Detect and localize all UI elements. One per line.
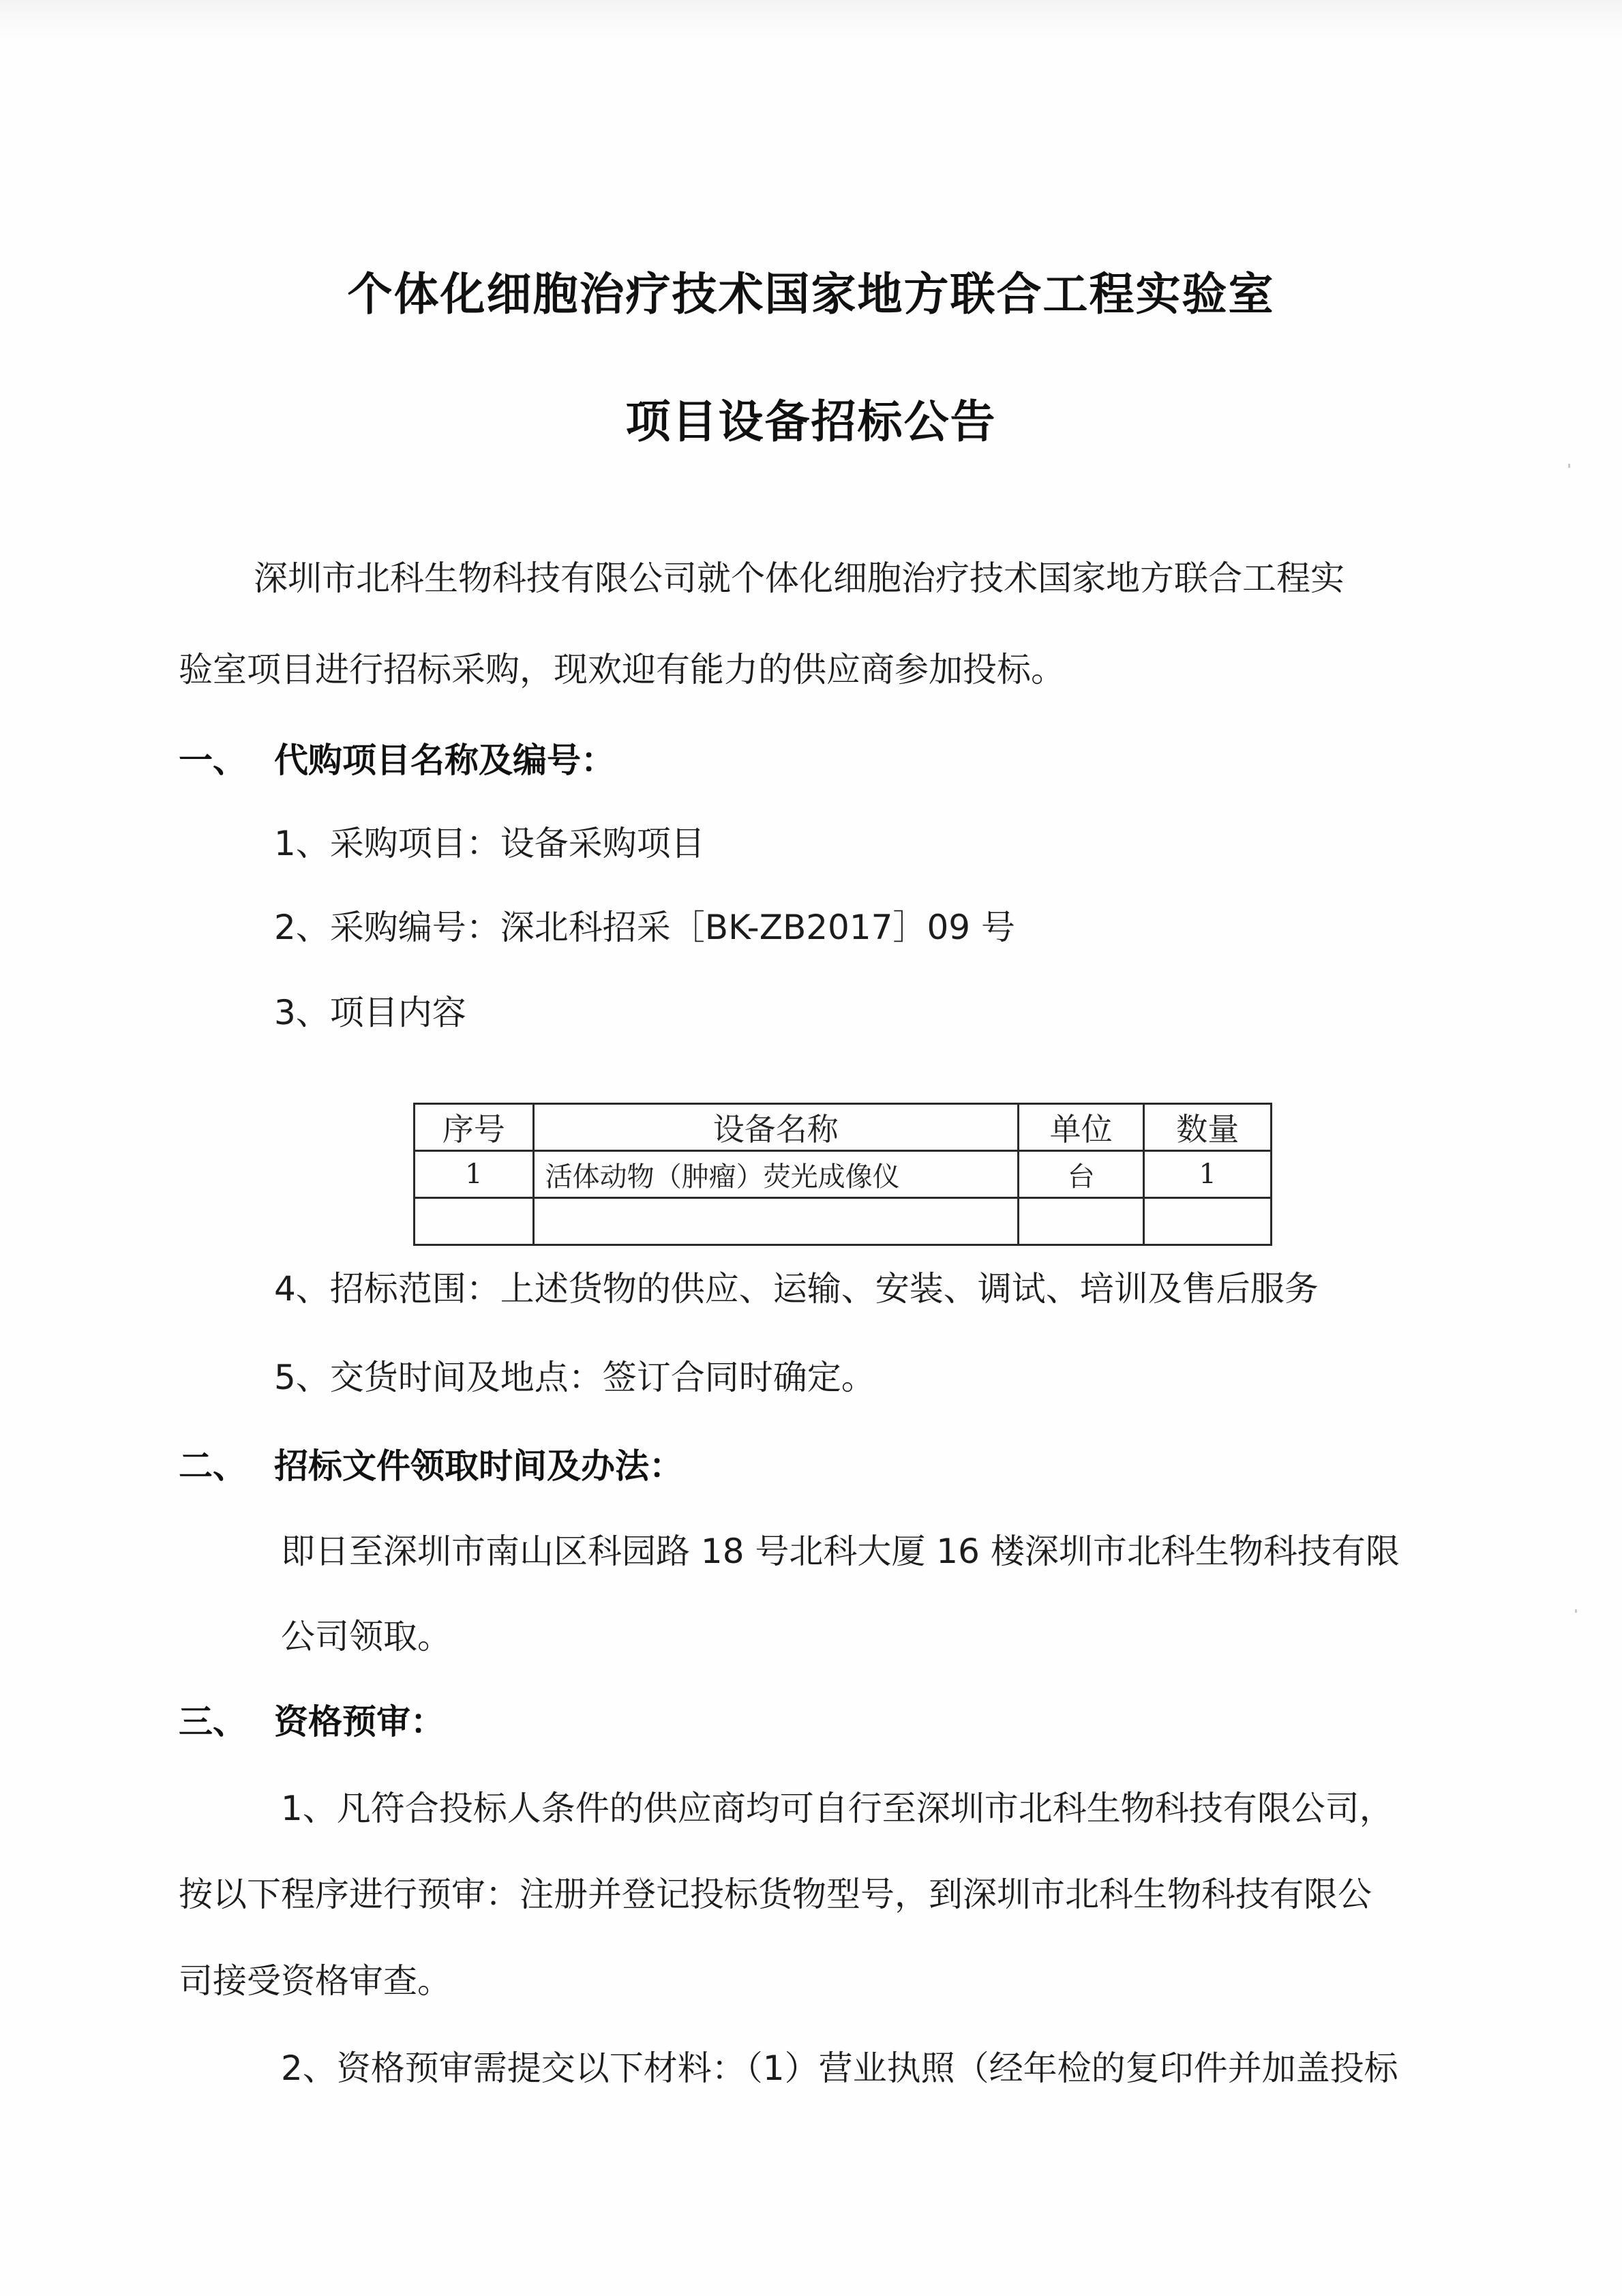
- section1-item2: 2、采购编号：深北科招采［BK-ZB2017］09 号: [274, 907, 1015, 948]
- intro-line1: 深圳市北科生物科技有限公司就个体化细胞治疗技术国家地方联合工程实: [254, 558, 1345, 599]
- section2-number: 二、: [179, 1446, 274, 1487]
- table-row-empty: [415, 1198, 1272, 1245]
- scanned-page: 个体化细胞治疗技术国家地方联合工程实验室 项目设备招标公告 深圳市北科生物科技有…: [0, 0, 1622, 2296]
- section3-p1-line1: 1、凡符合投标人条件的供应商均可自行至深圳市北科生物科技有限公司，: [281, 1788, 1394, 1829]
- section3-title: 资格预审：: [274, 1702, 445, 1742]
- section3-p1-line3: 司接受资格审查。: [179, 1960, 451, 2001]
- section3-heading: 三、资格预审：: [179, 1701, 445, 1742]
- cell-equipment-name: [533, 1198, 1018, 1245]
- header-equipment-name: 设备名称: [533, 1104, 1018, 1151]
- header-quantity: 数量: [1144, 1104, 1272, 1151]
- section1-heading: 一、代购项目名称及编号：: [179, 740, 615, 781]
- section3-number: 三、: [179, 1701, 274, 1742]
- document-title-line1: 个体化细胞治疗技术国家地方联合工程实验室: [0, 258, 1622, 323]
- section1-item5: 5、交货时间及地点：签订合同时确定。: [274, 1357, 875, 1398]
- section2-body-line1: 即日至深圳市南山区科园路 18 号北科大厦 16 楼深圳市北科生物科技有限: [281, 1531, 1400, 1572]
- cell-serial: [415, 1198, 534, 1245]
- intro-line2: 验室项目进行招标采购，现欢迎有能力的供应商参加投标。: [179, 649, 1065, 690]
- section2-title: 招标文件领取时间及办法：: [274, 1446, 683, 1486]
- section1-item1: 1、采购项目：设备采购项目: [274, 823, 705, 864]
- cell-equipment-name: 活体动物（肿瘤）荧光成像仪: [533, 1151, 1018, 1198]
- cell-unit: 台: [1018, 1151, 1144, 1198]
- scan-speck: [1568, 464, 1570, 468]
- cell-serial: 1: [415, 1151, 534, 1198]
- scan-speck: [1575, 1609, 1577, 1613]
- section3-p2-line1: 2、资格预审需提交以下材料：（1）营业执照（经年检的复印件并加盖投标: [281, 2048, 1398, 2089]
- section1-title: 代购项目名称及编号：: [274, 741, 615, 780]
- table-row: 1 活体动物（肿瘤）荧光成像仪 台 1: [415, 1151, 1272, 1198]
- equipment-table: 序号 设备名称 单位 数量 1 活体动物（肿瘤）荧光成像仪 台 1: [413, 1103, 1272, 1246]
- section1-item4: 4、招标范围：上述货物的供应、运输、安装、调试、培训及售后服务: [274, 1268, 1319, 1309]
- cell-unit: [1018, 1198, 1144, 1245]
- section2-heading: 二、招标文件领取时间及办法：: [179, 1446, 683, 1487]
- header-serial: 序号: [415, 1104, 534, 1151]
- section1-item3: 3、项目内容: [274, 992, 466, 1033]
- section2-body-line2: 公司领取。: [281, 1616, 451, 1657]
- header-unit: 单位: [1018, 1104, 1144, 1151]
- document-title-line2: 项目设备招标公告: [0, 385, 1622, 450]
- section1-number: 一、: [179, 740, 274, 781]
- section3-p1-line2: 按以下程序进行预审：注册并登记投标货物型号，到深圳市北科生物科技有限公: [179, 1874, 1372, 1915]
- cell-quantity: [1144, 1198, 1272, 1245]
- table-header-row: 序号 设备名称 单位 数量: [415, 1104, 1272, 1151]
- cell-quantity: 1: [1144, 1151, 1272, 1198]
- scan-edge-shading: [0, 0, 1622, 41]
